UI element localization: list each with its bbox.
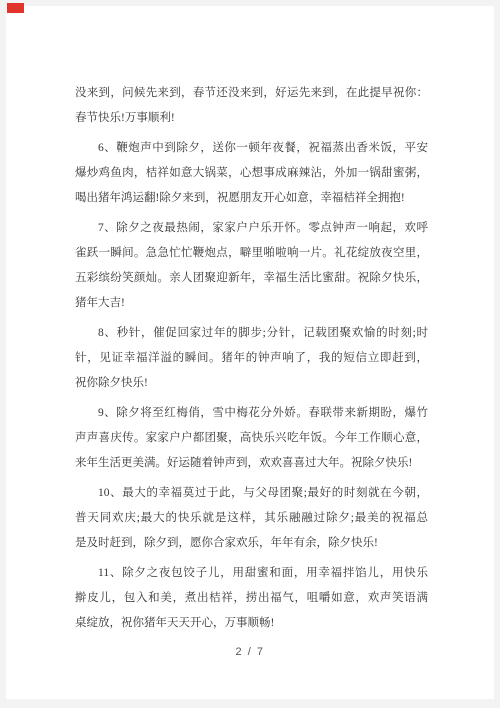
text-line: 喝出猪年鸿运翻!除夕来到，祝愿朋友开心如意，幸福桔祥全拥抱!: [75, 186, 428, 211]
text-line: 8、秒针，催促回家过年的脚步;分针，记载团聚欢愉的时刻;时: [75, 321, 428, 346]
text-line: 是及时赶到，除夕到，愿你合家欢乐，年年有余，除夕快乐!: [75, 531, 428, 556]
paragraph: 6、鞭炮声中到除夕，送你一顿年夜餐，祝福蒸出香米饭，平安爆炒鸡鱼肉，桔祥如意大锅…: [75, 136, 428, 211]
text-line: 7、除夕之夜最热闹，家家户户乐开怀。零点钟声一响起，欢呼: [75, 216, 428, 241]
text-line: 五彩缤纷笑颜灿。亲人团聚迎新年，幸福生活比蜜甜。祝除夕快乐，: [75, 266, 428, 291]
paragraph: 7、除夕之夜最热闹，家家户户乐开怀。零点钟声一响起，欢呼雀跃一瞬间。急急忙忙鞭炮…: [75, 216, 428, 316]
text-line: 擀皮儿，包入和美，煮出桔祥，捞出福气，咀嚼如意，欢声笑语满: [75, 586, 428, 611]
text-line: 11、除夕之夜包饺子儿，用甜蜜和面，用幸福拌馅儿，用快乐: [75, 561, 428, 586]
text-line: 雀跃一瞬间。急急忙忙鞭炮点，噼里啪啦响一片。礼花绽放夜空里，: [75, 241, 428, 266]
paragraph: 11、除夕之夜包饺子儿，用甜蜜和面，用幸福拌馅儿，用快乐擀皮儿，包入和美，煮出桔…: [75, 561, 428, 636]
paragraph: 没来到，问候先来到，春节还没来到，好运先来到，在此提早祝你：春节快乐!万事顺利!: [75, 81, 428, 131]
text-line: 桌绽放，祝你猪年天天开心，万事顺畅!: [75, 611, 428, 636]
text-line: 6、鞭炮声中到除夕，送你一顿年夜餐，祝福蒸出香米饭，平安: [75, 136, 428, 161]
text-line: 春节快乐!万事顺利!: [75, 106, 428, 131]
text-line: 9、除夕将至红梅俏，雪中梅花分外娇。春联带来新期盼，爆竹: [75, 401, 428, 426]
paragraph: 9、除夕将至红梅俏，雪中梅花分外娇。春联带来新期盼，爆竹声声喜庆传。家家户户都团…: [75, 401, 428, 476]
paragraph: 8、秒针，催促回家过年的脚步;分针，记载团聚欢愉的时刻;时针，见证幸福洋溢的瞬间…: [75, 321, 428, 396]
text-line: 针，见证幸福洋溢的瞬间。猪年的钟声响了，我的短信立即赶到，: [75, 346, 428, 371]
text-line: 10、最大的幸福莫过于此，与父母团聚;最好的时刻就在今朝，: [75, 481, 428, 506]
text-line: 来年生活更美满。好运随着钟声到，欢欢喜喜过大年。祝除夕快乐!: [75, 451, 428, 476]
document-text: 没来到，问候先来到，春节还没来到，好运先来到，在此提早祝你：春节快乐!万事顺利!…: [75, 81, 428, 641]
document-page: 没来到，问候先来到，春节还没来到，好运先来到，在此提早祝你：春节快乐!万事顺利!…: [6, 6, 494, 699]
page-background: 没来到，问候先来到，春节还没来到，好运先来到，在此提早祝你：春节快乐!万事顺利!…: [0, 0, 500, 708]
text-line: 爆炒鸡鱼肉，桔祥如意大锅菜，心想事成麻辣沾，外加一锅甜蜜粥，: [75, 161, 428, 186]
text-line: 普天同欢庆;最大的快乐就是这样，其乐融融过除夕;最美的祝福总: [75, 506, 428, 531]
page-number: 2 / 7: [6, 646, 494, 658]
text-line: 没来到，问候先来到，春节还没来到，好运先来到，在此提早祝你：: [75, 81, 428, 106]
text-line: 声声喜庆传。家家户户都团聚，高快乐兴吃年饭。今年工作顺心意，: [75, 426, 428, 451]
red-corner-badge: [7, 3, 24, 13]
text-line: 祝你除夕快乐!: [75, 371, 428, 396]
text-line: 猪年大吉!: [75, 291, 428, 316]
paragraph: 10、最大的幸福莫过于此，与父母团聚;最好的时刻就在今朝，普天同欢庆;最大的快乐…: [75, 481, 428, 556]
